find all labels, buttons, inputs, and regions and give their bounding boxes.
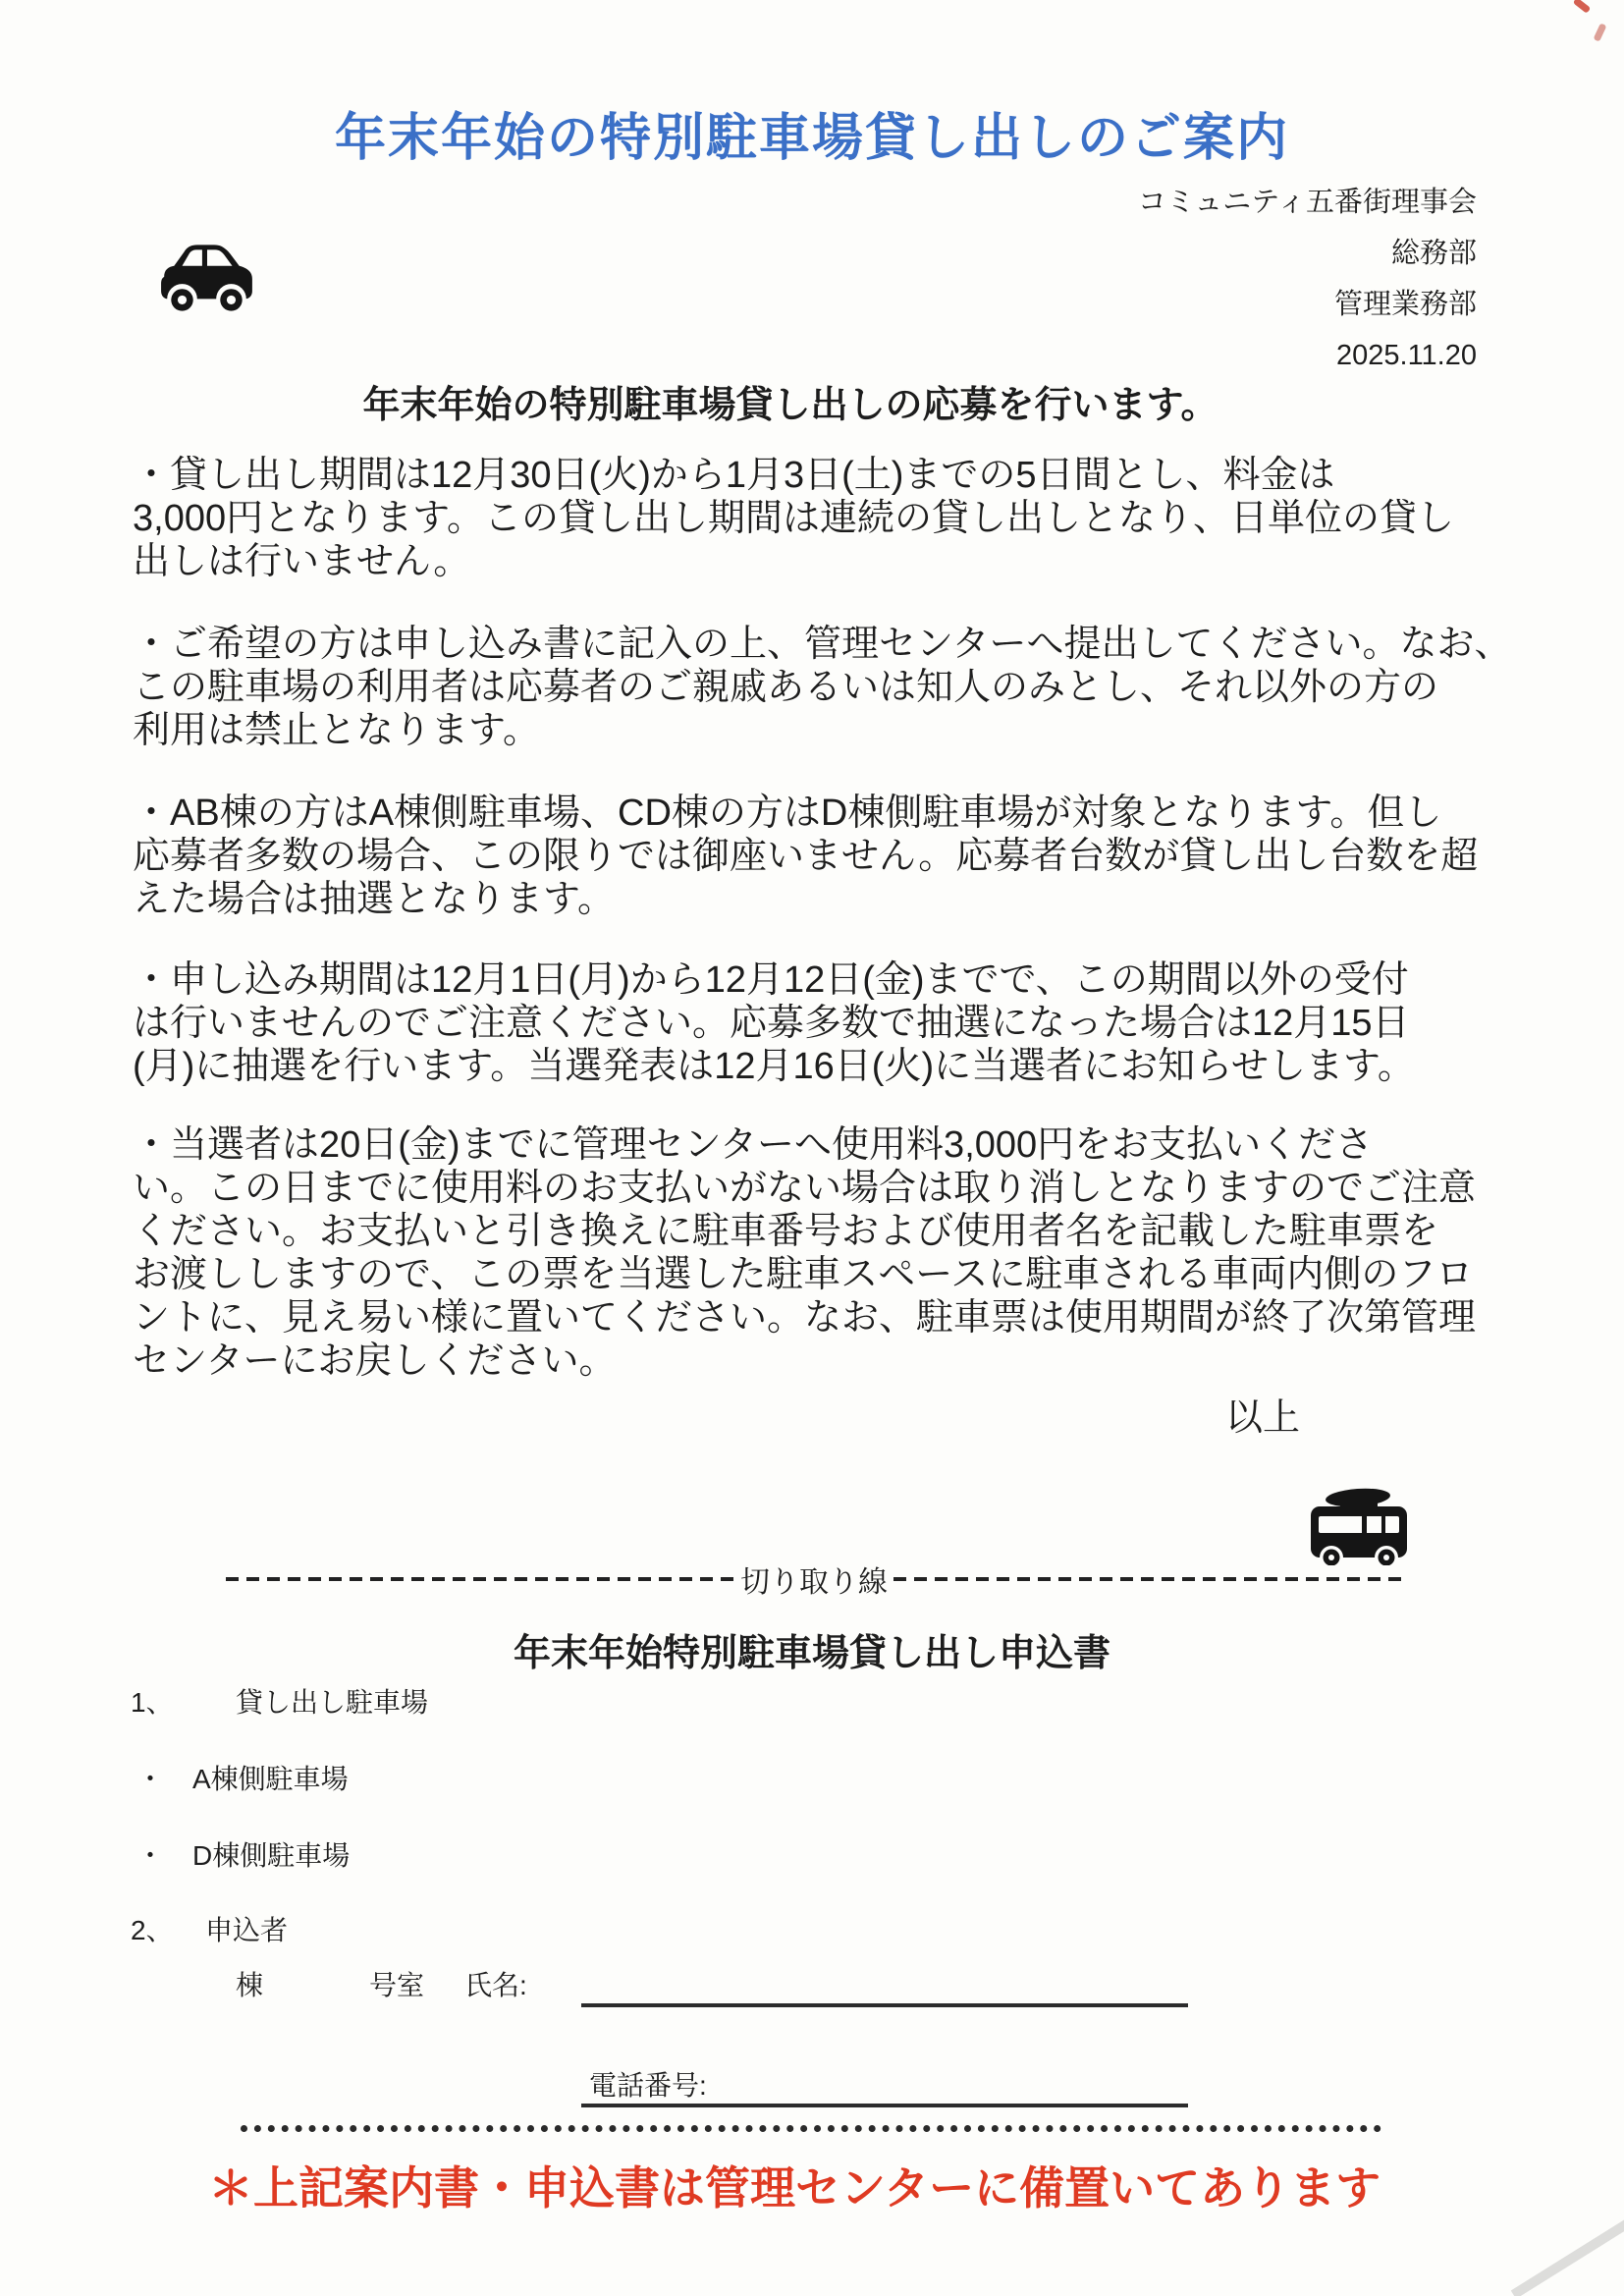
paragraph-payment: ・当選者は20日(金)までに管理センターへ使用料3,000円をお支払いくださ い… (133, 1123, 1476, 1383)
paragraph-application-period: ・申し込み期間は12月1日(月)から12月12日(金)までで、この期間以外の受付… (133, 958, 1415, 1088)
field-label-phone: 電話番号: (589, 2064, 707, 2104)
text-line: センターにお戻しください。 (133, 1339, 1476, 1383)
option-a-bullet: ・ (136, 1758, 164, 1797)
text-line: 利用は禁止となります。 (133, 709, 1511, 752)
option-d-lot-label: D棟側駐車場 (192, 1834, 350, 1874)
text-line: お渡ししますので、この票を当選した駐車スペースに駐車される車両内側のフロ (133, 1253, 1476, 1296)
scan-artifact (1573, 0, 1591, 14)
phone-write-in-line (581, 2104, 1188, 2107)
text-line: この駐車場の利用者は応募者のご親戚あるいは知人のみとし、それ以外の方の (133, 666, 1511, 709)
text-line: ・当選者は20日(金)までに管理センターへ使用料3,000円をお支払いくださ (133, 1123, 1476, 1167)
paragraph-application-method: ・ご希望の方は申し込み書に記入の上、管理センターへ提出してください。なお、 この… (133, 623, 1511, 752)
issuer-dept-management: 管理業務部 (1138, 279, 1477, 330)
text-line: えた場合は抽選となります。 (133, 878, 1478, 921)
form-item1-label: 貸し出し駐車場 (236, 1681, 428, 1721)
closing-ijou: 以上 (1225, 1387, 1300, 1441)
issuer-block: コミュニティ五番街理事会 総務部 管理業務部 2025.11.20 (1138, 177, 1477, 381)
text-line: ントに、見え易い様に置いてください。なお、駐車票は使用期間が終了次第管理 (133, 1296, 1476, 1339)
form-item1-number: 1、 (131, 1681, 174, 1721)
form-title: 年末年始特別駐車場貸し出し申込書 (0, 1622, 1624, 1676)
notice-title: 年末年始の特別駐車場貸し出しのご案内 (0, 96, 1624, 170)
text-line: ・AB棟の方はA棟側駐車場、CD棟の方はD棟側駐車場が対象となります。但し (133, 792, 1478, 835)
cut-line-dash-right (893, 1577, 1402, 1581)
cut-line: 切り取り線 (226, 1558, 1402, 1601)
text-line: ・申し込み期間は12月1日(月)から12月12日(金)までで、この期間以外の受付 (133, 958, 1415, 1002)
option-d-bullet: ・ (136, 1834, 164, 1874)
paragraph-rental-period: ・貸し出し期間は12月30日(火)から1月3日(土)までの5日間とし、料金は 3… (133, 454, 1454, 583)
text-line: い。この日までに使用料のお支払いがない場合は取り消しとなりますのでご注意 (133, 1167, 1476, 1210)
field-label-room: 号室 (369, 1964, 424, 2003)
camper-van-icon (1298, 1487, 1420, 1565)
field-label-name: 氏名: (464, 1964, 527, 2003)
scan-artifact (1511, 2213, 1624, 2296)
text-line: 応募者多数の場合、この限りでは御座いません。応募者台数が貸し出し台数を超 (133, 835, 1478, 878)
text-line: 3,000円となります。この貸し出し期間は連続の貸し出しとなり、日単位の貸し (133, 497, 1454, 540)
dotted-separator (241, 2125, 1381, 2135)
form-item2-number: 2、 (131, 1909, 174, 1948)
footer-note: ＊上記案内書・申込書は管理センターに備置いてあります (208, 2153, 1380, 2217)
option-a-lot-label: A棟側駐車場 (192, 1758, 349, 1797)
text-line: は行いませんのでご注意ください。応募多数で抽選になった場合は12月15日 (133, 1002, 1415, 1045)
scanned-notice-page: 年末年始の特別駐車場貸し出しのご案内 コミュニティ五番街理事会 総務部 管理業務… (0, 0, 1624, 2296)
paragraph-target-lots: ・AB棟の方はA棟側駐車場、CD棟の方はD棟側駐車場が対象となります。但し 応募… (133, 792, 1478, 921)
issuer-dept-general-affairs: 総務部 (1138, 228, 1477, 279)
scan-artifact (1594, 23, 1607, 41)
car-side-icon (157, 237, 257, 321)
text-line: (月)に抽選を行います。当選発表は12月16日(火)に当選者にお知らせします。 (133, 1045, 1415, 1088)
cut-line-dash-left (226, 1577, 734, 1581)
text-line: 出しは行いません。 (133, 540, 1454, 583)
cut-line-label: 切り取り線 (734, 1558, 893, 1601)
text-line: ・貸し出し期間は12月30日(火)から1月3日(土)までの5日間とし、料金は (133, 454, 1454, 497)
form-item2-label: 申込者 (205, 1909, 288, 1948)
text-line: ください。お支払いと引き換えに駐車番号および使用者名を記載した駐車票を (133, 1210, 1476, 1253)
text-line: ・ご希望の方は申し込み書に記入の上、管理センターへ提出してください。なお、 (133, 623, 1511, 666)
issuer-org: コミュニティ五番街理事会 (1138, 177, 1477, 228)
field-label-building: 棟 (236, 1964, 263, 2003)
lead-heading: 年末年始の特別駐車場貸し出しの応募を行います。 (133, 374, 1448, 428)
name-write-in-line (581, 2003, 1188, 2007)
